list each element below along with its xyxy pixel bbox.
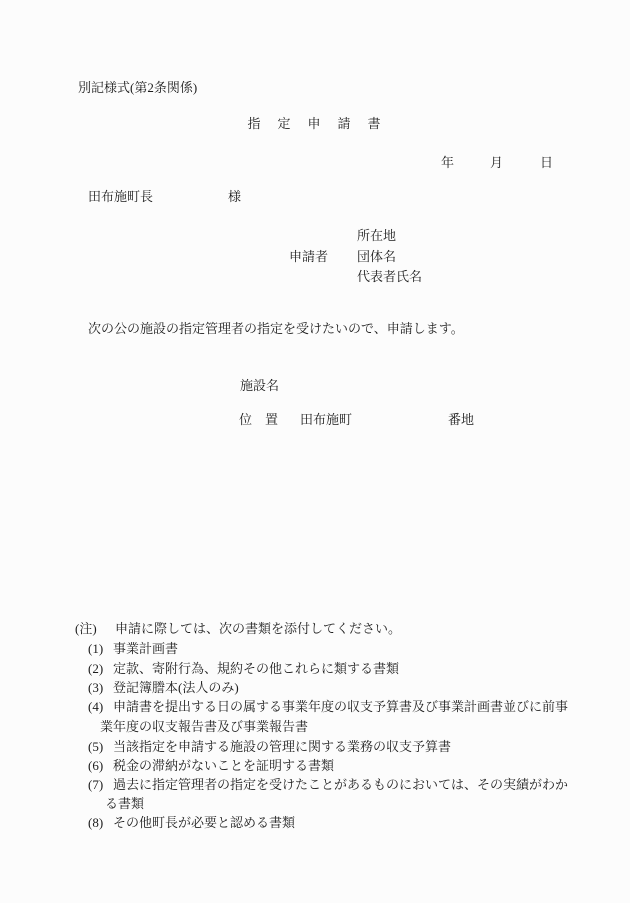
application-form-page: 別記様式(第2条関係) 指 定 申 請 書 年 月 日 田布施町長 様 所在地 … [0, 0, 630, 903]
form-reference: 別記様式(第2条関係) [78, 81, 197, 95]
date-month-label: 月 [490, 156, 503, 170]
note-item: (4)申請書を提出する日の属する事業年度の収支予算書及び事業計画書並びに前事 [88, 700, 568, 714]
addressee-name: 田布施町長 [88, 190, 153, 204]
note-item: (1)事業計画書 [88, 642, 178, 656]
date-day-label: 日 [540, 156, 553, 170]
facility-location-suffix: 番地 [448, 413, 474, 427]
note-item: (5)当該指定を申請する施設の管理に関する業務の収支予算書 [88, 740, 451, 754]
date-year-label: 年 [441, 156, 454, 170]
note-item: (7)過去に指定管理者の指定を受けたことがあるものにおいては、その実績がわか [88, 778, 568, 792]
applicant-organization-label: 団体名 [357, 250, 396, 264]
note-item-number: (7) [88, 778, 113, 792]
note-item-text: 定款、寄附行為、規約その他これらに類する書類 [113, 661, 399, 676]
notes-label: (注) [75, 622, 115, 636]
addressee-honorific: 様 [228, 190, 241, 204]
note-item-number: (6) [88, 759, 113, 773]
note-item-text: 登記簿謄本(法人のみ) [113, 680, 239, 695]
notes-intro: 申請に際しては、次の書類を添付してください。 [115, 621, 401, 636]
body-sentence: 次の公の施設の指定管理者の指定を受けたいので、申請します。 [88, 322, 464, 336]
note-item-number: (2) [88, 662, 113, 676]
note-item-text: 税金の滞納がないことを証明する書類 [113, 758, 334, 773]
note-item: (3)登記簿謄本(法人のみ) [88, 681, 239, 695]
note-item-number: (3) [88, 681, 113, 695]
note-item-number: (5) [88, 740, 113, 754]
applicant-address-label: 所在地 [357, 229, 396, 243]
applicant-representative-label: 代表者氏名 [357, 270, 422, 284]
note-item-number: (1) [88, 642, 113, 656]
note-item-text: 申請書を提出する日の属する事業年度の収支予算書及び事業計画書並びに前事 [113, 699, 568, 714]
note-item-text: 過去に指定管理者の指定を受けたことがあるものにおいては、その実績がわか [113, 777, 568, 792]
note-item: (2)定款、寄附行為、規約その他これらに類する書類 [88, 662, 399, 676]
facility-location-label: 位 置 [239, 413, 278, 427]
facility-location-town: 田布施町 [300, 413, 352, 427]
note-item-continuation: 業年度の収支報告書及び事業報告書 [100, 720, 308, 734]
facility-name-label: 施設名 [240, 379, 279, 393]
note-item: (8)その他町長が必要と認める書類 [88, 816, 295, 830]
note-item-text: 事業計画書 [113, 641, 178, 656]
note-item-text: 当該指定を申請する施設の管理に関する業務の収支予算書 [113, 739, 451, 754]
note-item-number: (8) [88, 816, 113, 830]
applicant-label: 申請者 [289, 250, 328, 264]
note-item: (6)税金の滞納がないことを証明する書類 [88, 759, 334, 773]
note-item-text: その他町長が必要と認める書類 [113, 815, 295, 830]
notes-header: (注)申請に際しては、次の書類を添付してください。 [75, 622, 401, 636]
note-item-number: (4) [88, 700, 113, 714]
note-item-continuation: る書類 [105, 797, 144, 811]
document-title: 指 定 申 請 書 [0, 117, 630, 131]
